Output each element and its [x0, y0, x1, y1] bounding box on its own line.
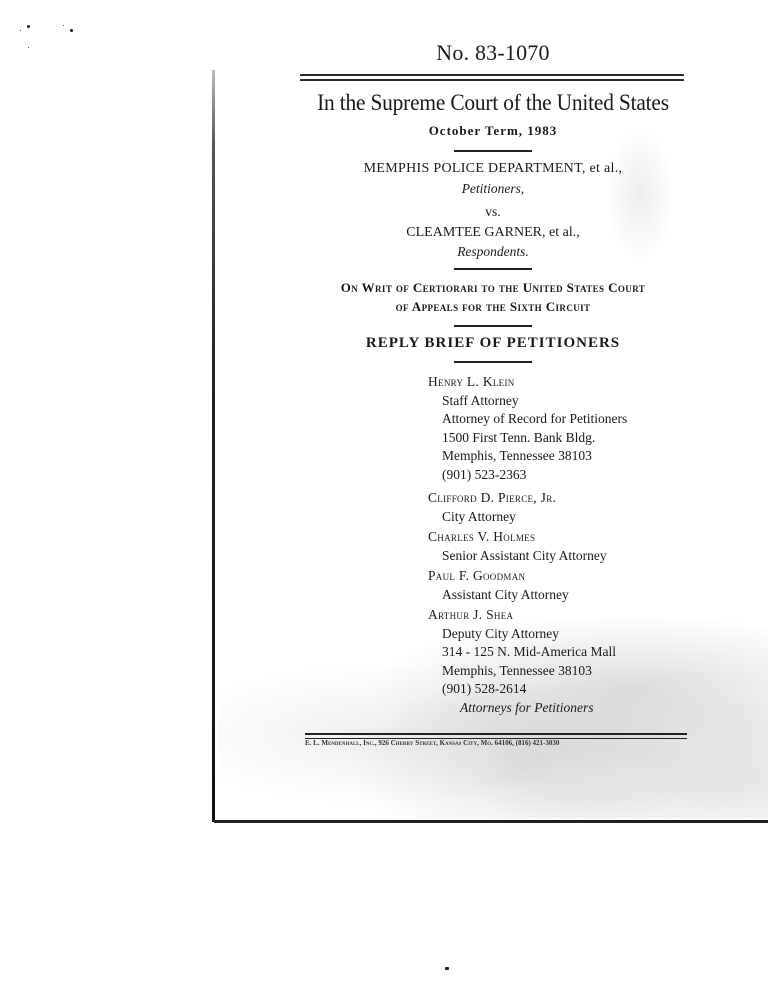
counsel-name: Arthur J. Shea: [428, 606, 616, 625]
court-term: October Term, 1983: [300, 123, 686, 139]
petitioner-role: Petitioners,: [300, 181, 686, 197]
docket-number: No. 83-1070: [0, 40, 768, 66]
counsel-block: Clifford D. Pierce, Jr. City Attorney: [428, 489, 556, 526]
counsel-line: 314 - 125 N. Mid-America Mall: [428, 643, 616, 662]
counsel-line: Memphis, Tennessee 38103: [428, 447, 627, 466]
counsel-phone: (901) 528-2614: [428, 680, 616, 699]
counsel-name: Charles V. Holmes: [428, 528, 607, 547]
scan-speck: [445, 967, 449, 970]
counsel-name: Henry L. Klein: [428, 373, 627, 392]
counsel-phone: (901) 523-2363: [428, 466, 627, 485]
counsel-block: Henry L. Klein Staff Attorney Attorney o…: [428, 373, 627, 484]
counsel-block: Paul F. Goodman Assistant City Attorney: [428, 567, 569, 604]
header-double-rule: [300, 74, 684, 76]
scan-speck: [20, 30, 21, 31]
counsel-line: 1500 First Tenn. Bank Bldg.: [428, 429, 627, 448]
section-rule: [454, 268, 532, 270]
section-rule: [454, 325, 532, 327]
counsel-line: Memphis, Tennessee 38103: [428, 662, 616, 681]
counsel-line: Attorney of Record for Petitioners: [428, 410, 627, 429]
counsel-block: Charles V. Holmes Senior Assistant City …: [428, 528, 607, 565]
brief-title: REPLY BRIEF OF PETITIONERS: [300, 335, 686, 352]
counsel-role: Attorneys for Petitioners: [428, 699, 616, 718]
petitioner-name: MEMPHIS POLICE DEPARTMENT, et al.,: [300, 161, 686, 177]
section-rule: [454, 361, 532, 363]
section-rule: [454, 150, 532, 152]
counsel-name: Clifford D. Pierce, Jr.: [428, 489, 556, 508]
counsel-line: Deputy City Attorney: [428, 625, 616, 644]
writ-line-1: On Writ of Certiorari to the United Stat…: [300, 280, 686, 296]
printer-footer: E. L. Mendenhall, Inc., 926 Cherry Stree…: [305, 739, 687, 747]
counsel-name: Paul F. Goodman: [428, 567, 569, 586]
scan-speck: [70, 29, 73, 32]
versus: vs.: [300, 204, 686, 220]
scan-speck: [27, 25, 30, 28]
page-border-bottom: [214, 820, 768, 823]
page-border-left: [212, 70, 215, 822]
footer-double-rule: [305, 733, 687, 735]
court-title: In the Supreme Court of the United State…: [314, 90, 673, 116]
counsel-block: Arthur J. Shea Deputy City Attorney 314 …: [428, 606, 616, 717]
writ-line-2: of Appeals for the Sixth Circuit: [300, 299, 686, 315]
counsel-line: Staff Attorney: [428, 392, 627, 411]
counsel-line: Assistant City Attorney: [428, 586, 569, 605]
scan-speck: [63, 25, 64, 26]
respondent-name: CLEAMTEE GARNER, et al.,: [300, 225, 686, 241]
counsel-line: Senior Assistant City Attorney: [428, 547, 607, 566]
counsel-line: City Attorney: [428, 508, 556, 527]
respondent-role: Respondents.: [300, 244, 686, 260]
